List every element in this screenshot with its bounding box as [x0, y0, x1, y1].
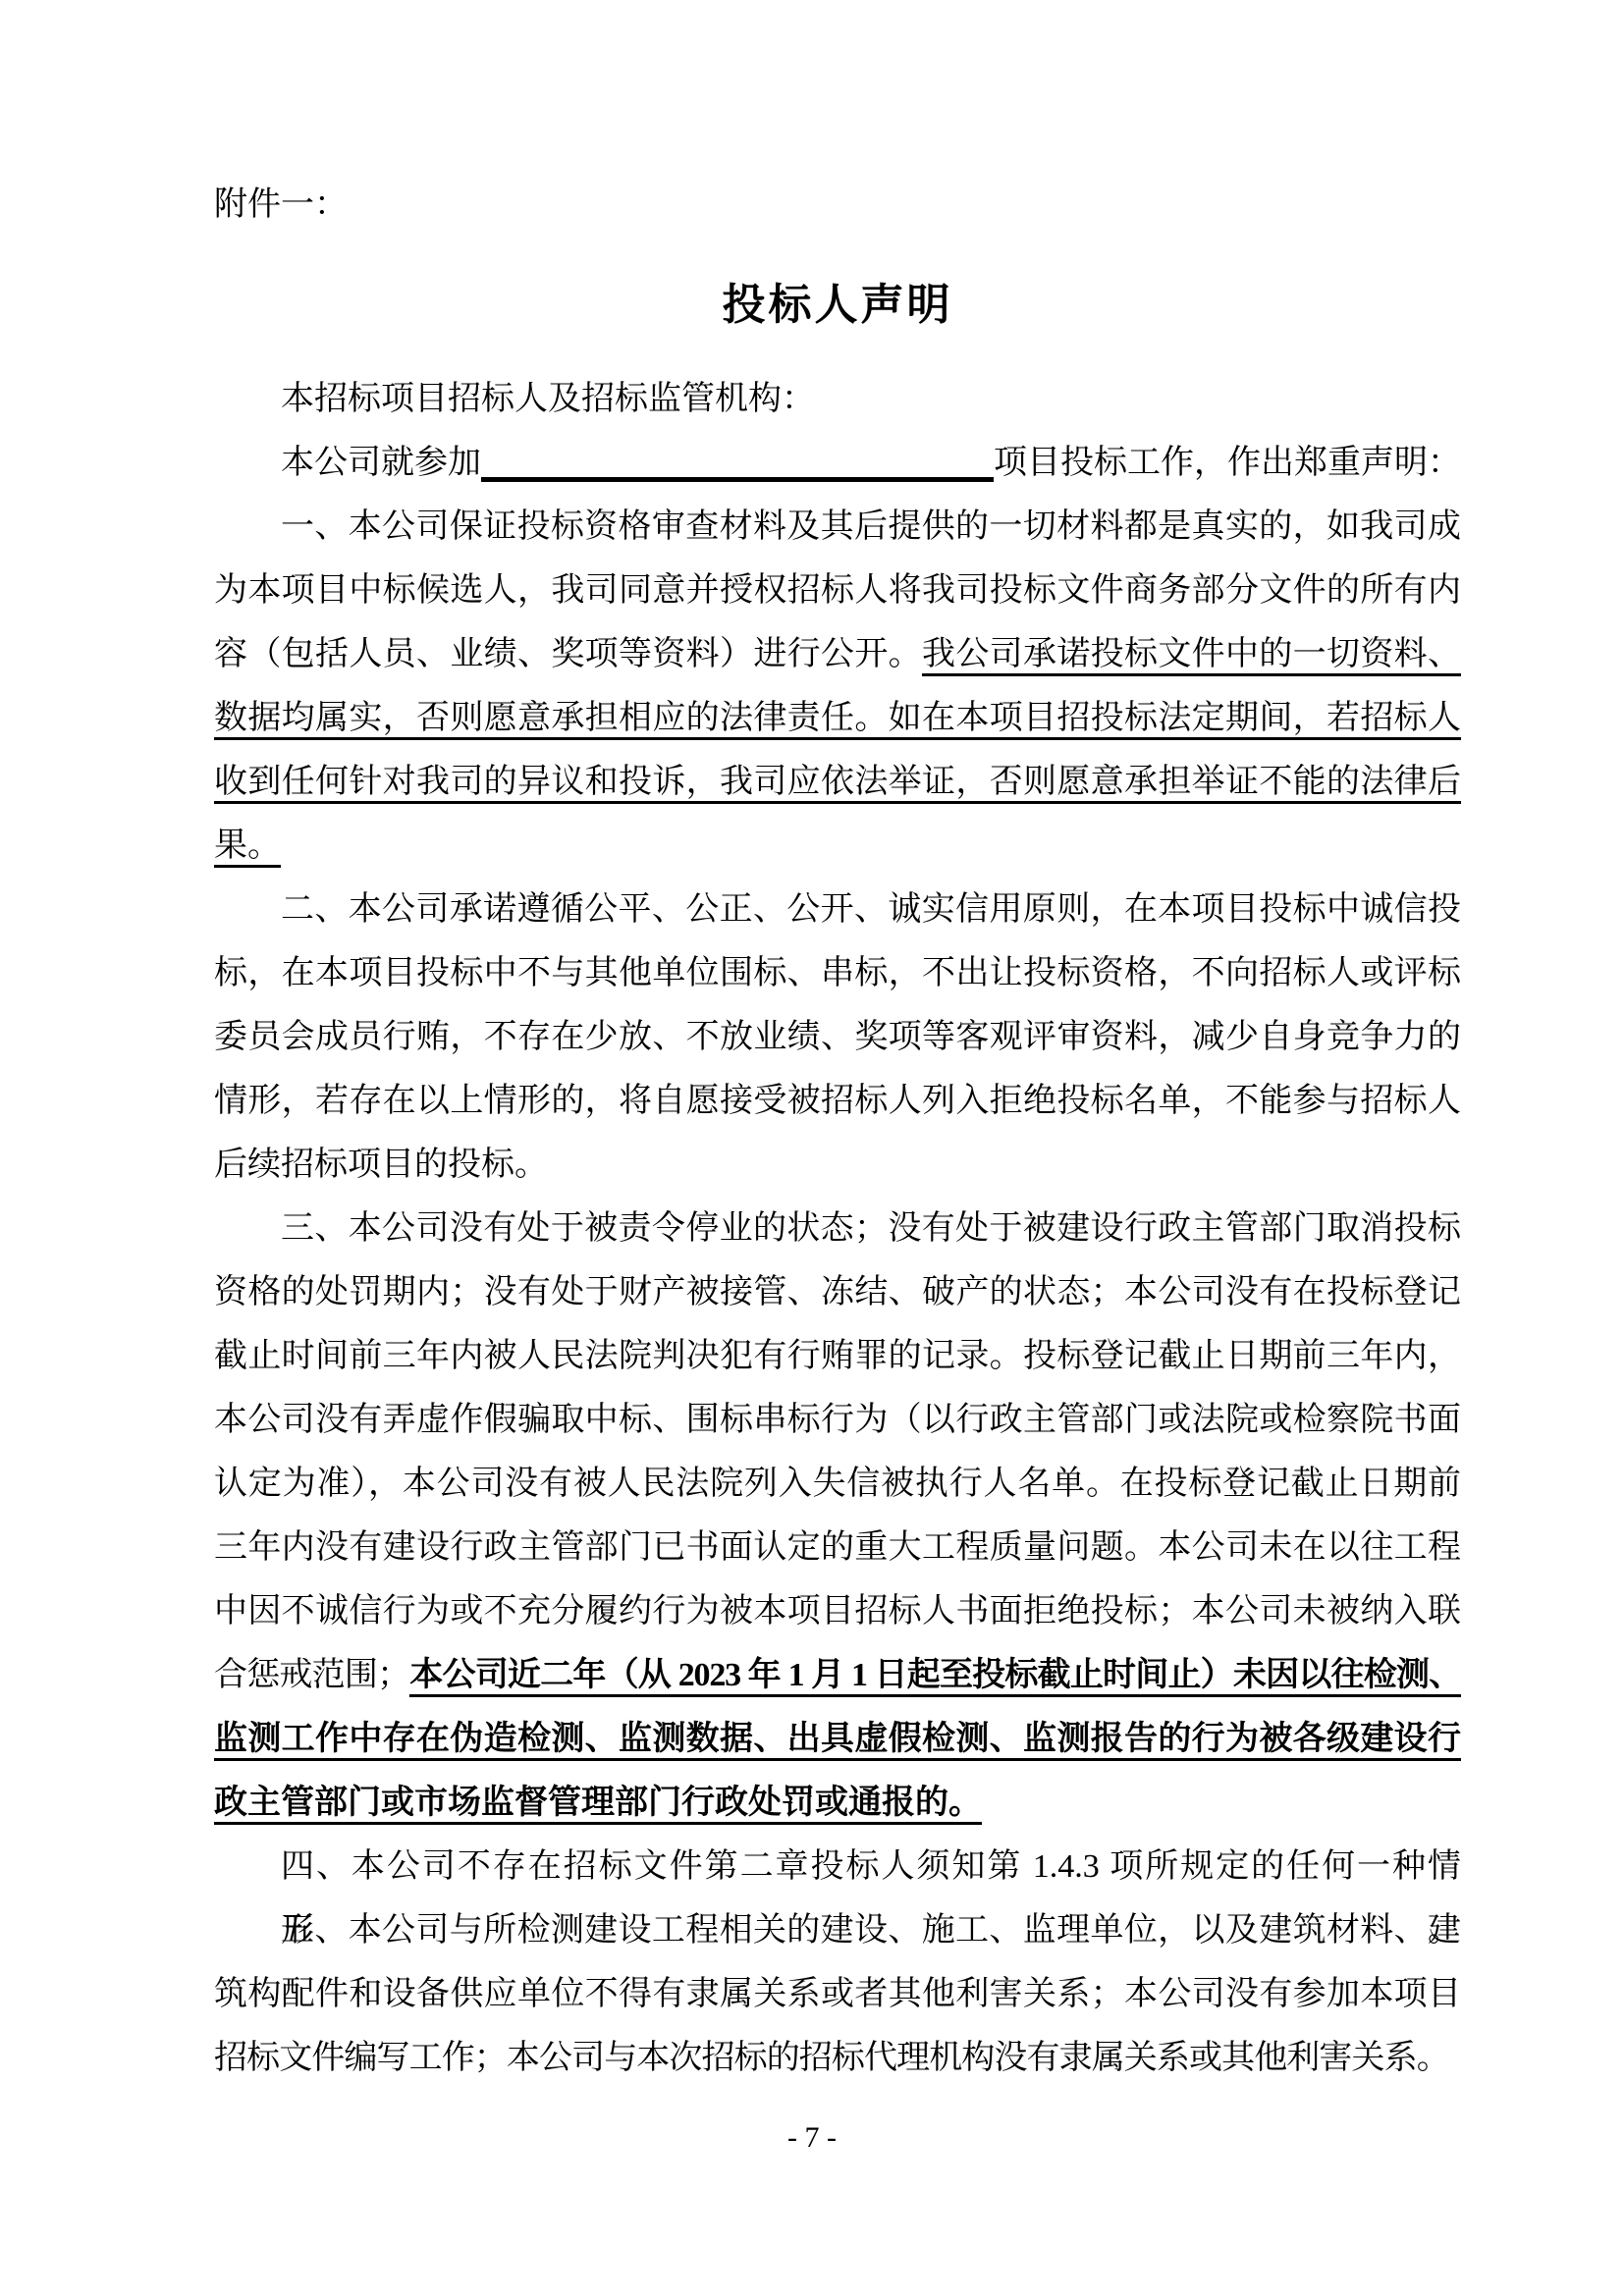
- text-segment: 认定为准），本公司没有被人民法院列入失信被执行人名单。在投标登记截止日期前: [214, 1466, 1461, 1502]
- text-segment: 一、本公司保证投标资格审查材料及其后提供的一切材料都是真实的，如我司成: [281, 508, 1461, 545]
- text-segment: 筑构配件和设备供应单位不得有隶属关系或者其他利害关系；本公司没有参加本项目: [214, 1976, 1461, 2012]
- text-segment: 为本项目中标候选人，我司同意并授权招标人将我司投标文件商务部分文件的所有内: [214, 572, 1461, 609]
- document-sheet: 附件一： 投标人声明 本招标项目招标人及招标监管机构：本公司就参加项目投标工作，…: [0, 0, 1624, 2296]
- text-segment: 三、本公司没有处于被责令停业的状态；没有处于被建设行政主管部门取消投标: [281, 1210, 1461, 1247]
- doc-line: 情形，若存在以上情形的，将自愿接受被招标人列入拒绝投标名单，不能参与招标人: [214, 1069, 1461, 1133]
- text-segment: 本招标项目招标人及招标监管机构：: [281, 381, 815, 417]
- text-segment: 三年内没有建设行政主管部门已书面认定的重大工程质量问题。本公司未在以往工程: [214, 1529, 1461, 1566]
- doc-line: 认定为准），本公司没有被人民法院列入失信被执行人名单。在投标登记截止日期前: [214, 1452, 1461, 1516]
- text-segment: 后续招标项目的投标。: [214, 1147, 548, 1183]
- text-segment: 合惩戒范围；: [214, 1657, 409, 1693]
- text-segment: 截止时间前三年内被人民法院判决犯有行贿罪的记录。投标登记截止日期前三年内，: [214, 1338, 1461, 1374]
- doc-line: 标，在本项目投标中不与其他单位围标、串标，不出让投标资格，不向招标人或评标: [214, 941, 1461, 1005]
- doc-line: 本招标项目招标人及招标监管机构：: [214, 367, 1461, 431]
- text-segment: 监测工作中存在伪造检测、监测数据、出具虚假检测、监测报告的行为被各级建设行: [214, 1721, 1461, 1757]
- text-segment: 资格的处罚期内；没有处于财产被接管、冻结、破产的状态；本公司没有在投标登记: [214, 1274, 1461, 1310]
- text-segment: 收到任何针对我司的异议和投诉，我司应依法举证，否则愿意承担举证不能的法律后: [214, 764, 1461, 800]
- page-number: - 7 -: [0, 2118, 1624, 2158]
- doc-line: 三年内没有建设行政主管部门已书面认定的重大工程质量问题。本公司未在以往工程: [214, 1516, 1461, 1579]
- document-page: { "document": { "attachment_label": "附件一…: [0, 0, 1624, 2296]
- text-segment: 情形，若存在以上情形的，将自愿接受被招标人列入拒绝投标名单，不能参与招标人: [214, 1083, 1461, 1119]
- fill-in-suffix: 项目投标工作，作出郑重声明：: [994, 431, 1461, 495]
- text-segment: 标，在本项目投标中不与其他单位围标、串标，不出让投标资格，不向招标人或评标: [214, 955, 1461, 991]
- doc-line: 为本项目中标候选人，我司同意并授权招标人将我司投标文件商务部分文件的所有内: [214, 559, 1461, 622]
- document-title: 投标人声明: [214, 279, 1461, 332]
- doc-line: 五、本公司与所检测建设工程相关的建设、施工、监理单位，以及建筑材料、建: [214, 1898, 1461, 1962]
- doc-line: 数据均属实，否则愿意承担相应的法律责任。如在本项目招投标法定期间，若招标人: [214, 686, 1461, 750]
- doc-line: 四、本公司不存在招标文件第二章投标人须知第 1.4.3 项所规定的任何一种情形。: [214, 1835, 1461, 1898]
- doc-line: 一、本公司保证投标资格审查材料及其后提供的一切材料都是真实的，如我司成: [214, 495, 1461, 559]
- doc-line: 政主管部门或市场监督管理部门行政处罚或通报的。: [214, 1771, 1461, 1835]
- text-segment: 招标文件编写工作；本公司与本次招标的招标代理机构没有隶属关系或其他利害关系。: [214, 2040, 1449, 2076]
- doc-line: 二、本公司承诺遵循公平、公正、公开、诚实信用原则，在本项目投标中诚信投: [214, 878, 1461, 941]
- text-segment: 二、本公司承诺遵循公平、公正、公开、诚实信用原则，在本项目投标中诚信投: [281, 891, 1461, 928]
- text-segment: 本公司近二年（从 2023 年 1 月 1 日起至投标截止时间止）未因以往检测、: [409, 1657, 1461, 1693]
- doc-line: 果。: [214, 814, 1461, 878]
- doc-line: 收到任何针对我司的异议和投诉，我司应依法举证，否则愿意承担举证不能的法律后: [214, 750, 1461, 814]
- document-body: 本招标项目招标人及招标监管机构：本公司就参加项目投标工作，作出郑重声明：一、本公…: [214, 367, 1461, 2090]
- fill-in-blank: [481, 477, 994, 482]
- doc-line: 三、本公司没有处于被责令停业的状态；没有处于被建设行政主管部门取消投标: [214, 1197, 1461, 1260]
- doc-line: 后续招标项目的投标。: [214, 1133, 1461, 1197]
- doc-line: 招标文件编写工作；本公司与本次招标的招标代理机构没有隶属关系或其他利害关系。: [214, 2026, 1461, 2090]
- text-segment: 我公司承诺投标文件中的一切资料、: [922, 636, 1461, 672]
- doc-line: 合惩戒范围；本公司近二年（从 2023 年 1 月 1 日起至投标截止时间止）未…: [214, 1643, 1461, 1707]
- doc-line: 资格的处罚期内；没有处于财产被接管、冻结、破产的状态；本公司没有在投标登记: [214, 1260, 1461, 1324]
- text-segment: 数据均属实，否则愿意承担相应的法律责任。如在本项目招投标法定期间，若招标人: [214, 700, 1461, 736]
- text-segment: 政主管部门或市场监督管理部门行政处罚或通报的。: [214, 1785, 982, 1821]
- fill-in-prefix: 本公司就参加: [281, 431, 481, 495]
- attachment-label: 附件一：: [214, 187, 1461, 224]
- text-segment: 容（包括人员、业绩、奖项等资料）进行公开。: [214, 636, 922, 672]
- doc-line: 本公司没有弄虚作假骗取中标、围标串标行为（以行政主管部门或法院或检察院书面: [214, 1388, 1461, 1452]
- doc-line: 截止时间前三年内被人民法院判决犯有行贿罪的记录。投标登记截止日期前三年内，: [214, 1324, 1461, 1388]
- text-segment: 中因不诚信行为或不充分履约行为被本项目招标人书面拒绝投标；本公司未被纳入联: [214, 1593, 1461, 1629]
- text-segment: 本公司没有弄虚作假骗取中标、围标串标行为（以行政主管部门或法院或检察院书面: [214, 1402, 1461, 1438]
- text-segment: 果。: [214, 828, 281, 864]
- text-segment: 委员会成员行贿，不存在少放、不放业绩、奖项等客观评审资料，减少自身竞争力的: [214, 1019, 1461, 1055]
- doc-line: 筑构配件和设备供应单位不得有隶属关系或者其他利害关系；本公司没有参加本项目: [214, 1962, 1461, 2026]
- doc-line: 委员会成员行贿，不存在少放、不放业绩、奖项等客观评审资料，减少自身竞争力的: [214, 1005, 1461, 1069]
- doc-line: 监测工作中存在伪造检测、监测数据、出具虚假检测、监测报告的行为被各级建设行: [214, 1707, 1461, 1771]
- doc-line: 容（包括人员、业绩、奖项等资料）进行公开。我公司承诺投标文件中的一切资料、: [214, 622, 1461, 686]
- doc-line: 中因不诚信行为或不充分履约行为被本项目招标人书面拒绝投标；本公司未被纳入联: [214, 1579, 1461, 1643]
- text-segment: 五、本公司与所检测建设工程相关的建设、施工、监理单位，以及建筑材料、建: [281, 1912, 1461, 1949]
- fill-in-line: 本公司就参加项目投标工作，作出郑重声明：: [214, 431, 1461, 495]
